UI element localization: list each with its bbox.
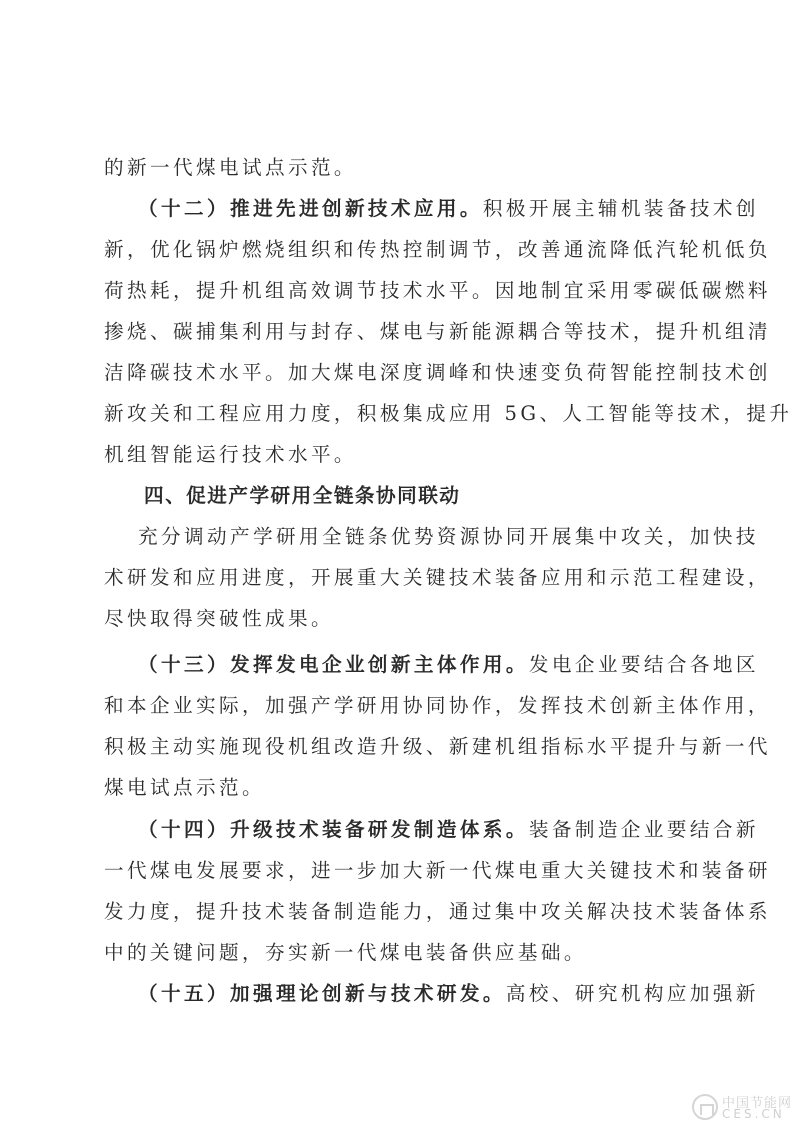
paragraph-line: （十二）推进先进创新技术应用。积极开展主辅机装备技术创 bbox=[104, 197, 710, 221]
paragraph-line: （十四）升级技术装备研发制造体系。装备制造企业要结合新 bbox=[104, 818, 710, 842]
paragraph-line: 掺烧、碳捕集利用与封存、煤电与新能源耦合等技术，提升机组清 bbox=[104, 320, 710, 344]
paragraph-line: （十三）发挥发电企业创新主体作用。发电企业要结合各地区 bbox=[104, 653, 710, 677]
section-lead: （十四）升级技术装备研发制造体系。 bbox=[138, 818, 529, 841]
line-text: 中的关键问题，夯实新一代煤电装备供应基础。 bbox=[104, 941, 587, 964]
paragraph-line: 发力度，提升技术装备制造能力，通过集中攻关解决技术装备体系 bbox=[104, 900, 710, 924]
section-heading: 四、促进产学研用全链条协同联动 bbox=[144, 484, 750, 508]
line-text: 装备制造企业要结合新 bbox=[529, 818, 759, 841]
paragraph-line: 机组智能运行技术水平。 bbox=[104, 443, 710, 467]
watermark: 中国节能网 CES.CN bbox=[692, 1092, 800, 1124]
line-text: 积极开展主辅机装备技术创 bbox=[483, 197, 759, 220]
line-text: 高校、研究机构应加强新 bbox=[506, 982, 759, 1005]
line-text: 术研发和应用进度，开展重大关键技术装备应用和示范工程建设， bbox=[104, 566, 771, 589]
line-text: 新，优化锅炉燃烧组织和传热控制调节，改善通流降低汽轮机低负 bbox=[104, 238, 771, 261]
line-text: 煤电试点示范。 bbox=[104, 776, 265, 799]
line-text: 尽快取得突破性成果。 bbox=[104, 607, 334, 630]
line-text: 充分调动产学研用全链条优势资源协同开展集中攻关，加快技 bbox=[138, 525, 759, 548]
paragraph-line: 尽快取得突破性成果。 bbox=[104, 607, 710, 631]
line-text: 洁降碳技术水平。加大煤电深度调峰和快速变负荷智能控制技术创 bbox=[104, 361, 771, 384]
paragraph-line: 积极主动实施现役机组改造升级、新建机组指标水平提升与新一代 bbox=[104, 735, 710, 759]
section-lead: （十三）发挥发电企业创新主体作用。 bbox=[138, 653, 529, 676]
paragraph-line: 充分调动产学研用全链条优势资源协同开展集中攻关，加快技 bbox=[104, 525, 710, 549]
line-text: 掺烧、碳捕集利用与封存、煤电与新能源耦合等技术，提升机组清 bbox=[104, 320, 771, 343]
line-text: 和本企业实际，加强产学研用协同协作，发挥技术创新主体作用， bbox=[104, 694, 771, 717]
watermark-en: CES.CN bbox=[722, 1107, 785, 1121]
line-text: 积极主动实施现役机组改造升级、新建机组指标水平提升与新一代 bbox=[104, 735, 771, 758]
paragraph-line: 新，优化锅炉燃烧组织和传热控制调节，改善通流降低汽轮机低负 bbox=[104, 238, 710, 262]
paragraph-line: 煤电试点示范。 bbox=[104, 776, 710, 800]
line-text: 发电企业要结合各地区 bbox=[529, 653, 759, 676]
section-lead: （十二）推进先进创新技术应用。 bbox=[138, 197, 483, 220]
paragraph-line: （十五）加强理论创新与技术研发。高校、研究机构应加强新 bbox=[104, 982, 710, 1006]
line-text: 一代煤电发展要求，进一步加大新一代煤电重大关键技术和装备研 bbox=[104, 859, 771, 882]
line-text: 机组智能运行技术水平。 bbox=[104, 443, 357, 466]
section-lead: （十五）加强理论创新与技术研发。 bbox=[138, 982, 506, 1005]
document-page: 的新一代煤电试点示范。 （十二）推进先进创新技术应用。积极开展主辅机装备技术创 … bbox=[0, 0, 800, 1131]
paragraph-line: 术研发和应用进度，开展重大关键技术装备应用和示范工程建设， bbox=[104, 566, 710, 590]
paragraph-line: 荷热耗，提升机组高效调节技术水平。因地制宜采用零碳低碳燃料 bbox=[104, 279, 710, 303]
line-text: 的新一代煤电试点示范。 bbox=[104, 156, 357, 179]
paragraph-line: 的新一代煤电试点示范。 bbox=[104, 156, 710, 180]
paragraph-line: 洁降碳技术水平。加大煤电深度调峰和快速变负荷智能控制技术创 bbox=[104, 361, 710, 385]
line-text: 发力度，提升技术装备制造能力，通过集中攻关解决技术装备体系 bbox=[104, 900, 771, 923]
paragraph-line: 新攻关和工程应用力度，积极集成应用 5G、人工智能等技术，提升 bbox=[104, 402, 710, 426]
paragraph-line: 中的关键问题，夯实新一代煤电装备供应基础。 bbox=[104, 941, 710, 965]
line-text: 荷热耗，提升机组高效调节技术水平。因地制宜采用零碳低碳燃料 bbox=[104, 279, 771, 302]
line-text: 新攻关和工程应用力度，积极集成应用 5G、人工智能等技术，提升 bbox=[104, 402, 792, 425]
ces-logo-icon bbox=[692, 1094, 718, 1120]
paragraph-line: 一代煤电发展要求，进一步加大新一代煤电重大关键技术和装备研 bbox=[104, 859, 710, 883]
paragraph-line: 和本企业实际，加强产学研用协同协作，发挥技术创新主体作用， bbox=[104, 694, 710, 718]
